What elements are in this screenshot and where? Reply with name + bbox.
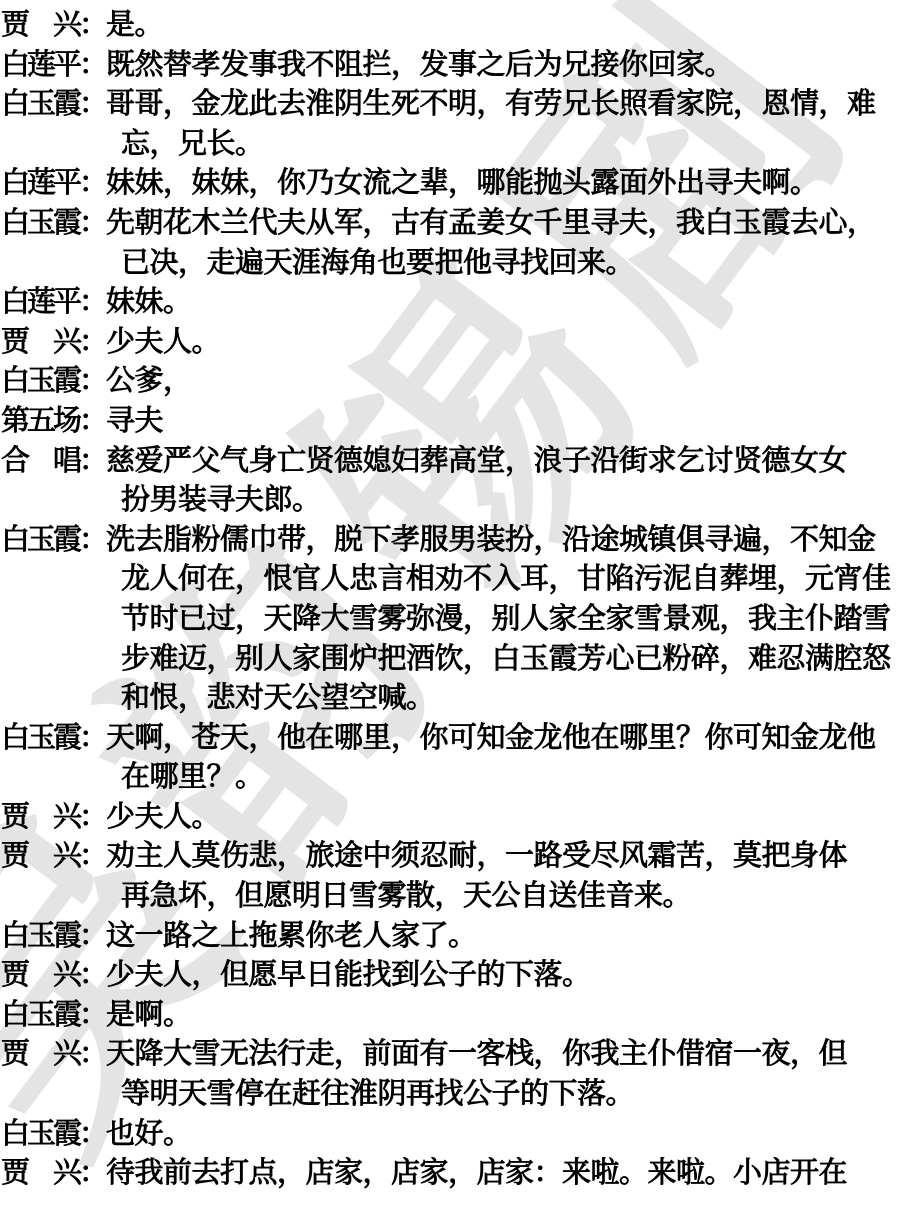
dialogue-text: 这一路之上拖累你老人家了。 [106, 917, 900, 957]
dialogue-text: 妹妹。 [106, 283, 900, 323]
dialogue-text: 劝主人莫伤悲，旅途中须忍耐，一路受尽风霜苦，莫把身体再急坏，但愿明日雪雾散，天公… [106, 837, 900, 916]
dialogue-entry: 白玉霞：先朝花木兰代夫从军，古有孟姜女千里寻夫，我白玉霞去心，已决，走遍天涯海角… [1, 204, 900, 283]
script-body: 贾 兴：是。白莲平：既然替孝发事我不阻拦，发事之后为兄接你回家。白玉霞：哥哥，金… [1, 6, 900, 1194]
dialogue-text: 天啊，苍天，他在哪里，你可知金龙他在哪里？你可知金龙他在哪里？。 [106, 719, 900, 798]
dialogue-entry: 白玉霞：这一路之上拖累你老人家了。 [1, 917, 900, 957]
dialogue-text: 寻夫 [106, 402, 900, 442]
speaker-name: 白玉霞： [1, 996, 106, 1036]
dialogue-entry: 白玉霞：洗去脂粉儒巾带，脱下孝服男装扮，沿途城镇俱寻遍，不知金龙人何在，恨官人忠… [1, 521, 900, 719]
speaker-name: 贾 兴： [1, 6, 106, 46]
dialogue-line: 扮男装寻夫郎。 [106, 481, 900, 521]
speaker-name: 白玉霞： [1, 917, 106, 957]
dialogue-entry: 白玉霞：是啊。 [1, 996, 900, 1036]
dialogue-text: 少夫人，但愿早日能找到公子的下落。 [106, 956, 900, 996]
dialogue-entry: 贾 兴：天降大雪无法行走，前面有一客栈，你我主仆借宿一夜，但等明天雪停在赶往淮阴… [1, 1035, 900, 1114]
speaker-name: 贾 兴： [1, 323, 106, 363]
dialogue-line: 劝主人莫伤悲，旅途中须忍耐，一路受尽风霜苦，莫把身体 [106, 837, 900, 877]
dialogue-text: 哥哥，金龙此去淮阴生死不明，有劳兄长照看家院，恩情，难忘，兄长。 [106, 85, 900, 164]
dialogue-text: 也好。 [106, 1115, 900, 1155]
dialogue-line: 妹妹。 [106, 283, 900, 323]
dialogue-entry: 贾 兴：是。 [1, 6, 900, 46]
dialogue-text: 既然替孝发事我不阻拦，发事之后为兄接你回家。 [106, 46, 900, 86]
speaker-name: 白玉霞： [1, 521, 106, 561]
dialogue-line: 这一路之上拖累你老人家了。 [106, 917, 900, 957]
dialogue-line: 寻夫 [106, 402, 900, 442]
dialogue-line: 已决，走遍天涯海角也要把他寻找回来。 [106, 244, 900, 284]
dialogue-text: 少夫人。 [106, 798, 900, 838]
dialogue-line: 少夫人。 [106, 798, 900, 838]
dialogue-text: 是。 [106, 6, 900, 46]
speaker-name: 白玉霞： [1, 719, 106, 759]
speaker-name: 白玉霞： [1, 204, 106, 244]
dialogue-entry: 白玉霞：公爹， [1, 362, 900, 402]
dialogue-line: 和恨，悲对天公望空喊。 [106, 679, 900, 719]
dialogue-line: 是。 [106, 6, 900, 46]
dialogue-line: 是啊。 [106, 996, 900, 1036]
speaker-name: 贾 兴： [1, 1154, 106, 1194]
speaker-name: 合 唱： [1, 442, 106, 482]
dialogue-text: 先朝花木兰代夫从军，古有孟姜女千里寻夫，我白玉霞去心，已决，走遍天涯海角也要把他… [106, 204, 900, 283]
dialogue-text: 待我前去打点，店家，店家，店家：来啦。来啦。小店开在 [106, 1154, 900, 1194]
dialogue-line: 公爹， [106, 362, 900, 402]
dialogue-text: 少夫人。 [106, 323, 900, 363]
dialogue-line: 妹妹，妹妹，你乃女流之辈，哪能抛头露面外出寻夫啊。 [106, 164, 900, 204]
speaker-name: 白莲平： [1, 46, 106, 86]
dialogue-entry: 白玉霞：也好。 [1, 1115, 900, 1155]
speaker-name: 第五场： [1, 402, 106, 442]
dialogue-text: 洗去脂粉儒巾带，脱下孝服男装扮，沿途城镇俱寻遍，不知金龙人何在，恨官人忠言相劝不… [106, 521, 900, 719]
dialogue-entry: 白莲平：妹妹。 [1, 283, 900, 323]
dialogue-line: 龙人何在，恨官人忠言相劝不入耳，甘陷污泥自葬埋，元宵佳 [106, 560, 900, 600]
speaker-name: 白莲平： [1, 283, 106, 323]
dialogue-entry: 贾 兴：少夫人，但愿早日能找到公子的下落。 [1, 956, 900, 996]
speaker-name: 贾 兴： [1, 1035, 106, 1075]
dialogue-line: 少夫人。 [106, 323, 900, 363]
dialogue-entry: 白莲平：既然替孝发事我不阻拦，发事之后为兄接你回家。 [1, 46, 900, 86]
dialogue-entry: 贾 兴：少夫人。 [1, 323, 900, 363]
speaker-name: 白莲平： [1, 164, 106, 204]
dialogue-entry: 贾 兴：少夫人。 [1, 798, 900, 838]
speaker-name: 白玉霞： [1, 362, 106, 402]
dialogue-entry: 白玉霞：哥哥，金龙此去淮阴生死不明，有劳兄长照看家院，恩情，难忘，兄长。 [1, 85, 900, 164]
dialogue-line: 步难迈，别人家围炉把酒饮，白玉霞芳心已粉碎，难忍满腔怒 [106, 640, 900, 680]
dialogue-text: 妹妹，妹妹，你乃女流之辈，哪能抛头露面外出寻夫啊。 [106, 164, 900, 204]
dialogue-line: 洗去脂粉儒巾带，脱下孝服男装扮，沿途城镇俱寻遍，不知金 [106, 521, 900, 561]
dialogue-line: 先朝花木兰代夫从军，古有孟姜女千里寻夫，我白玉霞去心， [106, 204, 900, 244]
speaker-name: 白玉霞： [1, 85, 106, 125]
dialogue-entry: 贾 兴：待我前去打点，店家，店家，店家：来啦。来啦。小店开在 [1, 1154, 900, 1194]
dialogue-line: 既然替孝发事我不阻拦，发事之后为兄接你回家。 [106, 46, 900, 86]
dialogue-entry: 合 唱：慈爱严父气身亡贤德媳妇葬高堂，浪子沿街求乞讨贤德女女扮男装寻夫郎。 [1, 442, 900, 521]
dialogue-line: 也好。 [106, 1115, 900, 1155]
speaker-name: 白玉霞： [1, 1115, 106, 1155]
dialogue-entry: 白玉霞：天啊，苍天，他在哪里，你可知金龙他在哪里？你可知金龙他在哪里？。 [1, 719, 900, 798]
dialogue-text: 慈爱严父气身亡贤德媳妇葬高堂，浪子沿街求乞讨贤德女女扮男装寻夫郎。 [106, 442, 900, 521]
dialogue-line: 慈爱严父气身亡贤德媳妇葬高堂，浪子沿街求乞讨贤德女女 [106, 442, 900, 482]
dialogue-line: 在哪里？。 [106, 758, 900, 798]
dialogue-entry: 第五场：寻夫 [1, 402, 900, 442]
dialogue-line: 忘，兄长。 [106, 125, 900, 165]
dialogue-line: 再急坏，但愿明日雪雾散，天公自送佳音来。 [106, 877, 900, 917]
script-page: 吴韵锡剧 贾 兴：是。白莲平：既然替孝发事我不阻拦，发事之后为兄接你回家。白玉霞… [0, 0, 900, 1205]
dialogue-text: 公爹， [106, 362, 900, 402]
dialogue-line: 哥哥，金龙此去淮阴生死不明，有劳兄长照看家院，恩情，难 [106, 85, 900, 125]
speaker-name: 贾 兴： [1, 956, 106, 996]
dialogue-entry: 白莲平：妹妹，妹妹，你乃女流之辈，哪能抛头露面外出寻夫啊。 [1, 164, 900, 204]
dialogue-text: 是啊。 [106, 996, 900, 1036]
dialogue-line: 等明天雪停在赶往淮阴再找公子的下落。 [106, 1075, 900, 1115]
dialogue-entry: 贾 兴：劝主人莫伤悲，旅途中须忍耐，一路受尽风霜苦，莫把身体再急坏，但愿明日雪雾… [1, 837, 900, 916]
speaker-name: 贾 兴： [1, 798, 106, 838]
speaker-name: 贾 兴： [1, 837, 106, 877]
dialogue-line: 节时已过，天降大雪雾弥漫，别人家全家雪景观，我主仆踏雪 [106, 600, 900, 640]
dialogue-line: 天啊，苍天，他在哪里，你可知金龙他在哪里？你可知金龙他 [106, 719, 900, 759]
dialogue-text: 天降大雪无法行走，前面有一客栈，你我主仆借宿一夜，但等明天雪停在赶往淮阴再找公子… [106, 1035, 900, 1114]
dialogue-line: 待我前去打点，店家，店家，店家：来啦。来啦。小店开在 [106, 1154, 900, 1194]
dialogue-line: 天降大雪无法行走，前面有一客栈，你我主仆借宿一夜，但 [106, 1035, 900, 1075]
dialogue-line: 少夫人，但愿早日能找到公子的下落。 [106, 956, 900, 996]
